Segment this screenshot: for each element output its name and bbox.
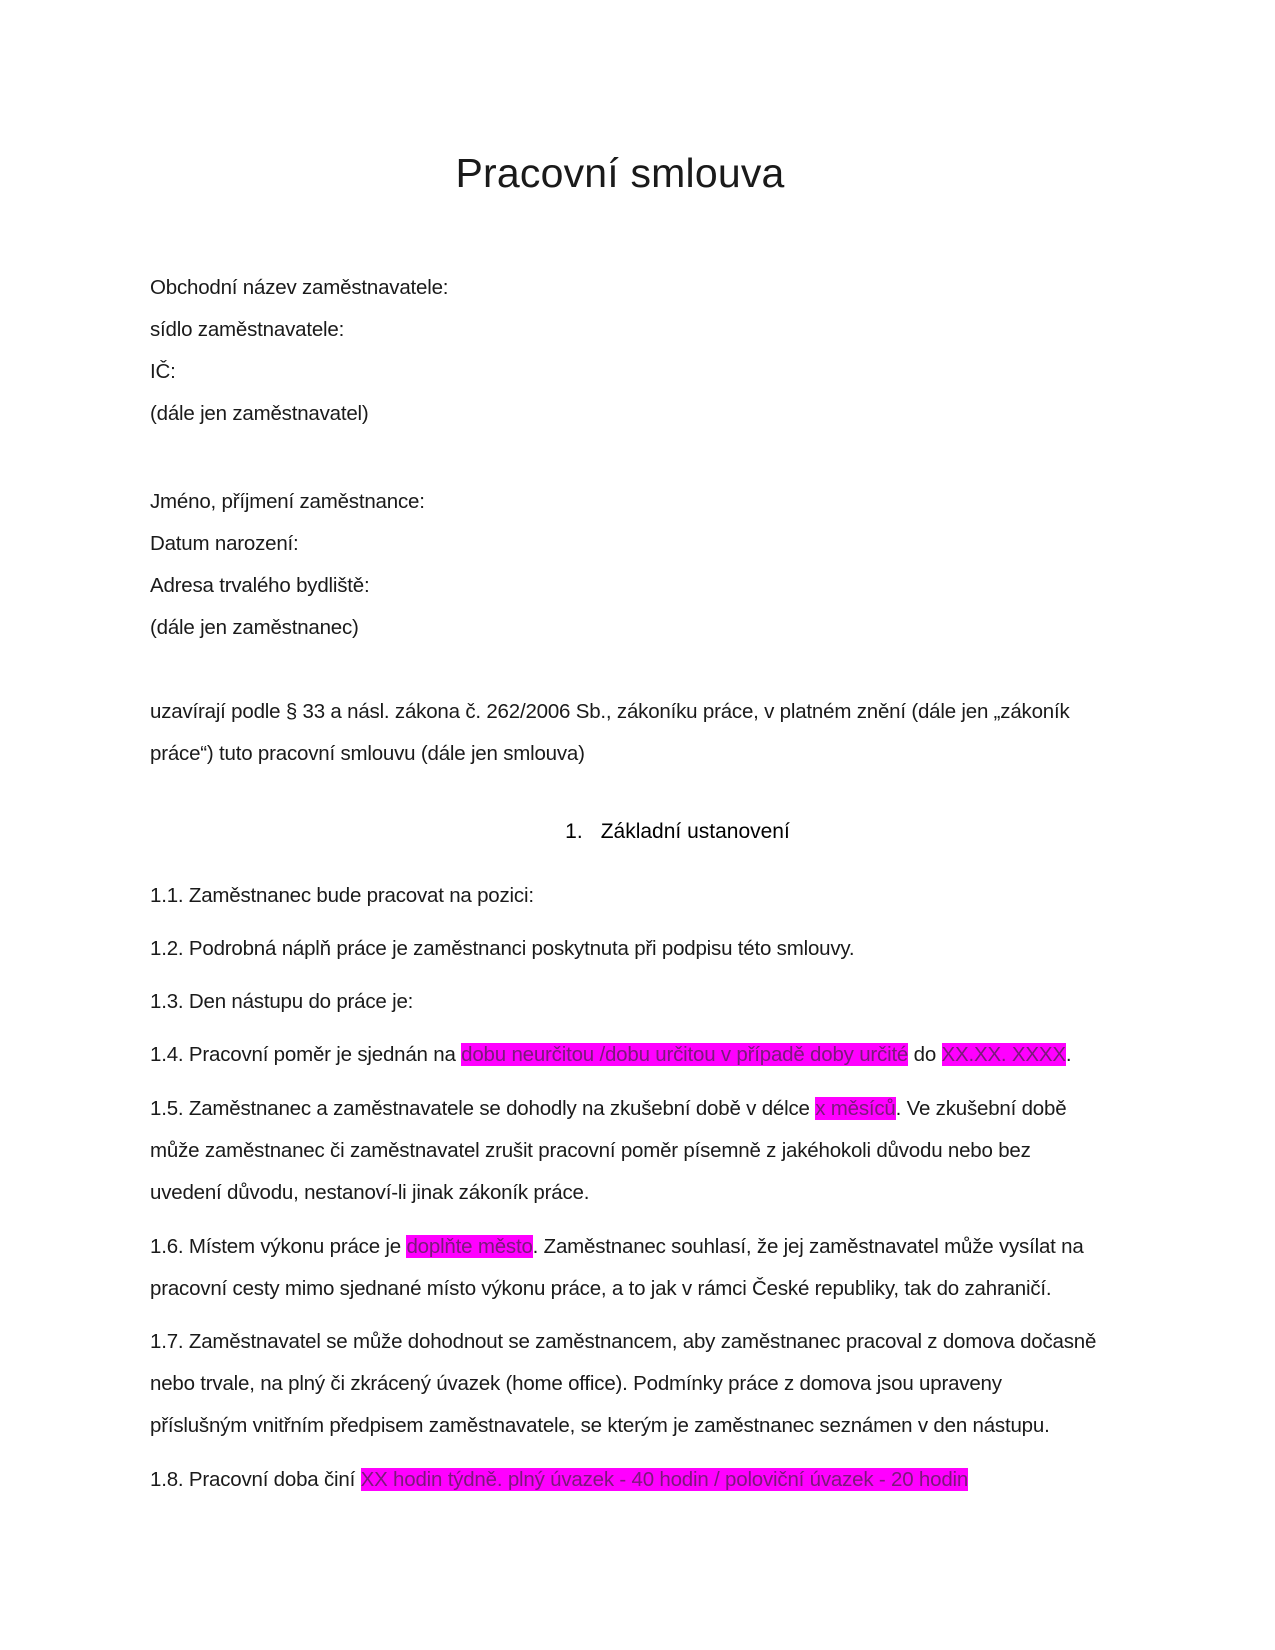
- placeholder-end-date: XX.XX. XXXX: [942, 1043, 1066, 1066]
- placeholder-probation-months: x měsíců: [815, 1097, 895, 1120]
- clause-text: . Zaměstnanec souhlasí, že jej zaměstnav…: [533, 1235, 1084, 1258]
- clause-1-7-line-3: příslušným vnitřním předpisem zaměstnava…: [150, 1413, 1050, 1439]
- document-page: Pracovní smlouva Obchodní název zaměstna…: [0, 0, 1275, 1650]
- preamble-line-1: uzavírají podle § 33 a násl. zákona č. 2…: [150, 699, 1070, 725]
- placeholder-work-city: doplňte město: [406, 1235, 532, 1258]
- clause-1-1: 1.1. Zaměstnanec bude pracovat na pozici…: [150, 883, 534, 909]
- clause-1-2: 1.2. Podrobná náplň práce je zaměstnanci…: [150, 936, 854, 962]
- clause-text: . Ve zkušební době: [896, 1097, 1067, 1120]
- clause-text: 1.8. Pracovní doba činí: [150, 1468, 361, 1491]
- clause-1-7-line-2: nebo trvale, na plný či zkrácený úvazek …: [150, 1371, 1002, 1397]
- section-title: Základní ustanovení: [601, 820, 790, 843]
- clause-text: do: [908, 1043, 941, 1066]
- employee-alias: (dále jen zaměstnanec): [150, 615, 359, 641]
- clause-1-8: 1.8. Pracovní doba činí XX hodin týdně. …: [150, 1467, 968, 1493]
- placeholder-weekly-hours: XX hodin týdně. plný úvazek - 40 hodin /…: [361, 1468, 969, 1491]
- clause-1-5-line-2: může zaměstnanec či zaměstnavatel zrušit…: [150, 1138, 1031, 1164]
- employee-birthdate-field: Datum narození:: [150, 531, 299, 557]
- clause-1-7: 1.7. Zaměstnavatel se může dohodnout se …: [150, 1329, 1096, 1355]
- clause-1-5-line-3: uvedení důvodu, nestanoví-li jinak zákon…: [150, 1180, 589, 1206]
- employee-address-field: Adresa trvalého bydliště:: [150, 573, 369, 599]
- clause-1-6-line-2: pracovní cesty mimo sjednané místo výkon…: [150, 1276, 1051, 1302]
- clause-text: .: [1066, 1043, 1072, 1066]
- placeholder-contract-duration: dobu neurčitou /dobu určitou v případě d…: [461, 1043, 908, 1066]
- clause-text: 1.5. Zaměstnanec a zaměstnavatele se doh…: [150, 1097, 815, 1120]
- clause-1-4: 1.4. Pracovní poměr je sjednán na dobu n…: [150, 1042, 1071, 1068]
- clause-1-6: 1.6. Místem výkonu práce je doplňte měst…: [150, 1234, 1084, 1260]
- clause-text: 1.6. Místem výkonu práce je: [150, 1235, 406, 1258]
- employer-alias: (dále jen zaměstnavatel): [150, 401, 369, 427]
- section-1-heading: 1.Základní ustanovení: [0, 820, 1275, 844]
- employee-name-field: Jméno, příjmení zaměstnance:: [150, 489, 425, 515]
- preamble-line-2: práce“) tuto pracovní smlouvu (dále jen …: [150, 741, 585, 767]
- clause-1-3: 1.3. Den nástupu do práce je:: [150, 989, 413, 1015]
- section-number: 1.: [565, 820, 583, 843]
- clause-text: 1.4. Pracovní poměr je sjednán na: [150, 1043, 461, 1066]
- employer-seat-field: sídlo zaměstnavatele:: [150, 317, 344, 343]
- document-title: Pracovní smlouva: [0, 150, 1240, 197]
- clause-1-5: 1.5. Zaměstnanec a zaměstnavatele se doh…: [150, 1096, 1066, 1122]
- employer-id-field: IČ:: [150, 359, 176, 385]
- employer-name-field: Obchodní název zaměstnavatele:: [150, 275, 448, 301]
